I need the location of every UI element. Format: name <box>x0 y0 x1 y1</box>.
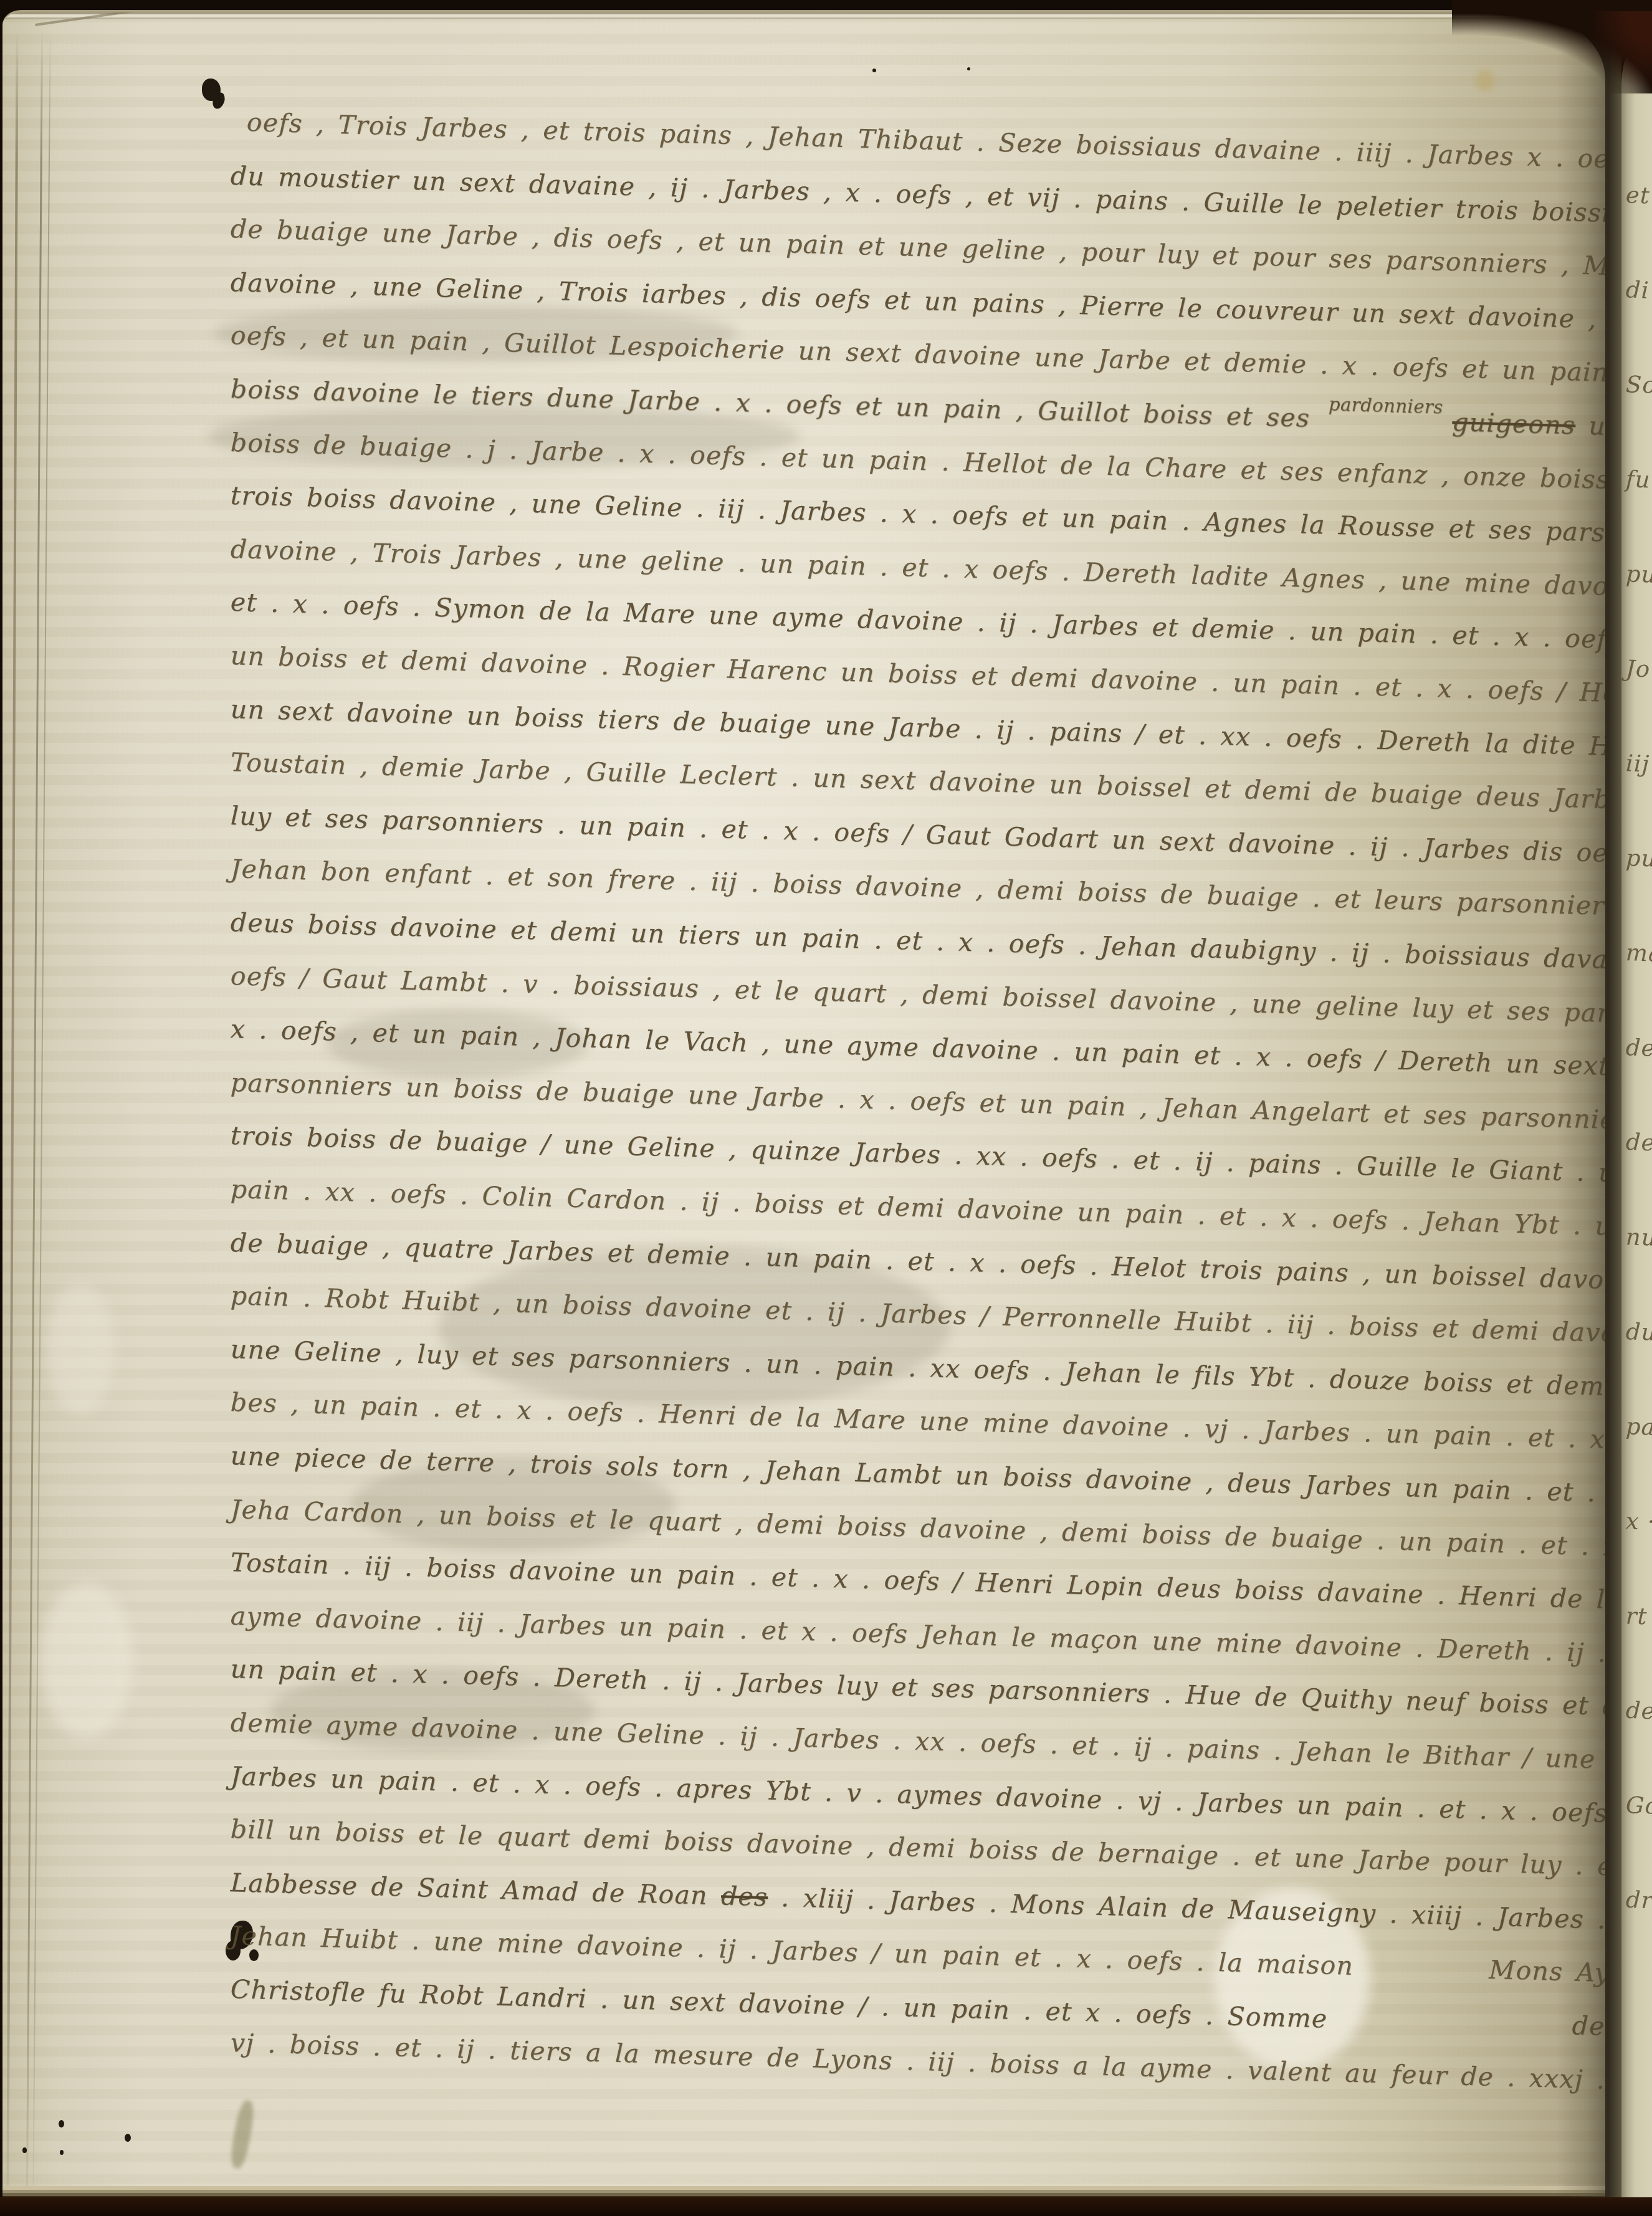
binding-board <box>0 2197 1652 2216</box>
next-page-text-fragment: Go <box>1625 1793 1652 1819</box>
next-page-text-fragment: rt <box>1625 1603 1648 1629</box>
binding-background <box>1593 11 1652 86</box>
page-gutter-shadow <box>1557 25 1621 2200</box>
next-page-text-fragment: di <box>1625 277 1650 303</box>
next-page-text-fragment: pa <box>1625 1414 1652 1440</box>
next-page-text-fragment: des <box>1625 1698 1652 1724</box>
next-page-text-fragment: So <box>1625 372 1652 398</box>
next-page-text-fragment: Jo <box>1625 656 1650 682</box>
manuscript-photo: oefs , Trois Jarbes , et trois pains , J… <box>0 0 1652 2216</box>
next-page-text-fragment: du <box>1625 1319 1652 1345</box>
next-page-text-fragment: x · <box>1625 1509 1652 1535</box>
next-page-text-fragment: dre <box>1625 1888 1652 1914</box>
next-page-text-fragment: et <box>1625 183 1650 208</box>
next-page-text-fragment: iij <box>1625 751 1650 776</box>
next-page-edge: etdiSofupuJoiijpujmadedeynudupax ·rtdesG… <box>1621 40 1652 2200</box>
next-page-text-fragment: dey <box>1625 1130 1652 1156</box>
manuscript-page: oefs , Trois Jarbes , et trois pains , J… <box>2 10 1605 2199</box>
manuscript-line: vj . boiss . et . ij . tiers a la mesure… <box>230 2028 1605 2100</box>
next-page-text-fragment: ma <box>1625 940 1652 967</box>
next-page-text-fragment: pu <box>1625 561 1652 588</box>
next-page-text-fragment: de <box>1625 1035 1652 1061</box>
text-block: oefs , Trois Jarbes , et trois pains , J… <box>2 12 1605 2199</box>
next-page-text-fragment: fu <box>1625 467 1651 492</box>
next-page-text-fragment: nu <box>1625 1225 1652 1251</box>
next-page-text-fragment: puj <box>1625 846 1652 872</box>
